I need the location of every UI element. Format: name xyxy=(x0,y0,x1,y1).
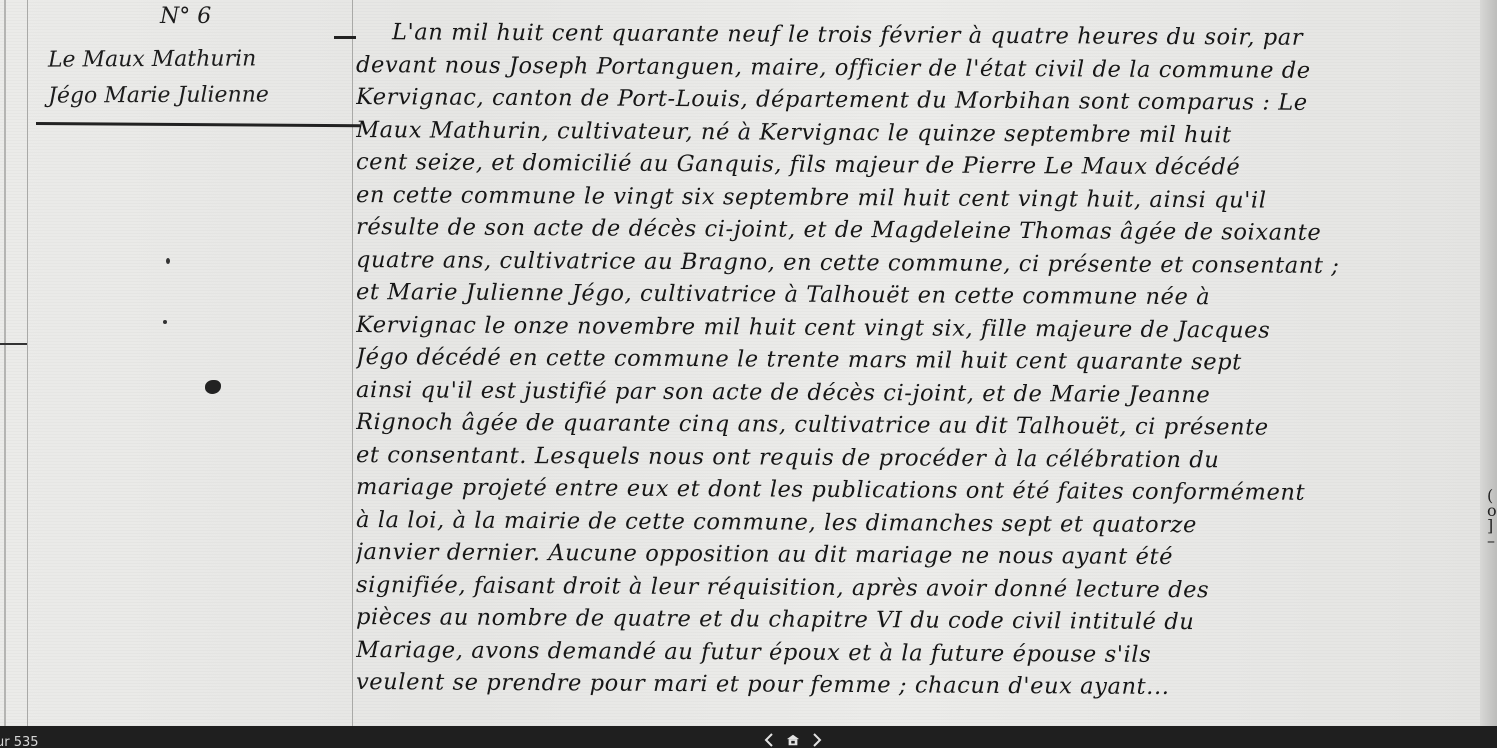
marriage-act-text: L'an mil huit cent quarante neuf le troi… xyxy=(356,16,1486,699)
scanned-page[interactable]: N° 6 Le Maux Mathurin Jégo Marie Julienn… xyxy=(0,0,1497,726)
page-navigation xyxy=(762,732,824,748)
page-counter: ur 535 xyxy=(0,735,39,748)
ink-spot xyxy=(163,320,167,324)
ruled-line xyxy=(0,343,27,345)
viewer-toolbar: ur 535 xyxy=(0,726,1497,748)
home-button[interactable] xyxy=(786,732,800,748)
page-margin-rule xyxy=(352,0,353,726)
entry-number: N° 6 xyxy=(160,4,211,29)
chevron-right-icon xyxy=(812,733,822,747)
bride-name: Jégo Marie Julienne xyxy=(48,77,269,114)
document-viewer[interactable]: N° 6 Le Maux Mathurin Jégo Marie Julienn… xyxy=(0,0,1497,726)
page-margin-rule xyxy=(27,0,28,726)
groom-name: Le Maux Mathurin xyxy=(48,41,269,78)
next-page-button[interactable] xyxy=(810,732,824,748)
ink-dash xyxy=(334,36,356,39)
page-edge-shadow xyxy=(1480,0,1497,726)
page-margin-rule xyxy=(4,0,6,726)
previous-page-button[interactable] xyxy=(762,732,776,748)
margin-names: Le Maux Mathurin Jégo Marie Julienne xyxy=(48,41,269,114)
chevron-left-icon xyxy=(764,733,774,747)
ink-spot xyxy=(166,258,170,264)
ink-blot xyxy=(205,380,221,394)
entry-underline xyxy=(36,122,360,127)
text-line: veulent se prendre pour mari et pour fem… xyxy=(356,666,1486,705)
edge-marks: ( o ] – xyxy=(1487,488,1497,548)
home-icon xyxy=(786,733,800,747)
